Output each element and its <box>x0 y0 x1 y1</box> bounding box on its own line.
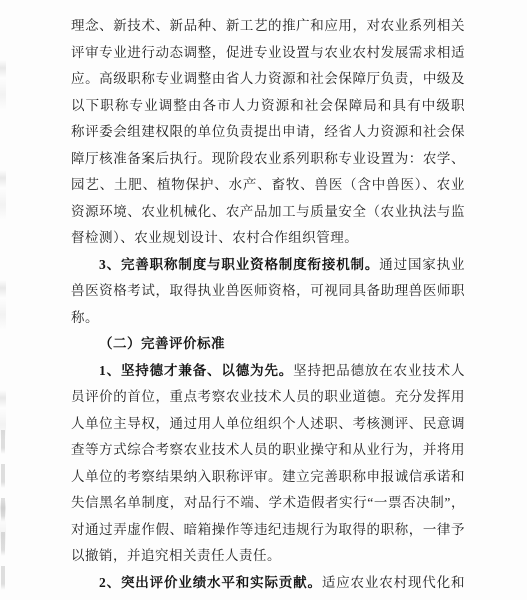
text-line: 查等方式综合考察农业技术人员的职业操守和从业行为，并将用 <box>71 437 465 464</box>
text-run: 称。 <box>71 310 99 325</box>
text-run: 评审专业进行动态调整，促进专业设置与农业农村发展需求相适 <box>71 45 465 60</box>
text-line: 园艺、土肥、植物保护、水产、畜牧、兽医（含中兽医）、农业 <box>71 172 465 199</box>
text-line: 2、突出评价业绩水平和实际贡献。适应农业农村现代化和 <box>71 570 465 597</box>
text-run: 资源环境、农业机械化、农产品加工与质量安全（农业执法与监 <box>71 204 465 219</box>
text-run: 以撤销，并追究相关责任人责任。 <box>71 548 281 563</box>
text-run: 以下职称专业调整由各市人力资源和社会保障局和具有中级职 <box>71 98 465 113</box>
text-line: 员评价的首位，重点考察农业技术人员的职业道德。充分发挥用 <box>71 384 465 411</box>
document-body: 理念、新技术、新品种、新工艺的推广和应用，对农业系列相关评审专业进行动态调整，促… <box>71 13 465 596</box>
text-line: 兽医资格考试，取得执业兽医师资格，可视同具备助理兽医师职 <box>71 278 465 305</box>
text-run: 督检测）、农业规划设计、农村合作组织管理。 <box>71 230 358 245</box>
text-line: 以撤销，并追究相关责任人责任。 <box>71 543 465 570</box>
text-line: 评审专业进行动态调整，促进专业设置与农业农村发展需求相适 <box>71 40 465 67</box>
text-line: 称评委会组建权限的单位负责提出申请，经省人力资源和社会保 <box>71 119 465 146</box>
text-run: 对通过弄虚作假、暗箱操作等违纪违规行为取得的职称，一律予 <box>71 522 465 537</box>
text-run: 失信黑名单制度，对品行不端、学术造假者实行“一票否决制”， <box>71 495 465 510</box>
text-run: 员评价的首位，重点考察农业技术人员的职业道德。充分发挥用 <box>71 389 465 404</box>
text-run: 应。高级职称专业调整由省人力资源和社会保障厅负责，中级及 <box>71 71 465 86</box>
text-line: 1、坚持德才兼备、以德为先。坚持把品德放在农业技术人 <box>71 358 465 385</box>
text-run: 适应农业农村现代化和 <box>322 575 465 590</box>
text-line: 应。高级职称专业调整由省人力资源和社会保障厅负责，中级及 <box>71 66 465 93</box>
text-line: 理念、新技术、新品种、新工艺的推广和应用，对农业系列相关 <box>71 13 465 40</box>
text-line: 资源环境、农业机械化、农产品加工与质量安全（农业执法与监 <box>71 199 465 226</box>
text-line: 以下职称专业调整由各市人力资源和社会保障局和具有中级职 <box>71 93 465 120</box>
text-line: 督检测）、农业规划设计、农村合作组织管理。 <box>71 225 465 252</box>
text-run: 人单位主导权，通过用人单位组织个人述职、考核测评、民意调 <box>71 416 465 431</box>
text-line: 称。 <box>71 305 465 332</box>
bold-text-run: 2、突出评价业绩水平和实际贡献。 <box>99 575 322 590</box>
text-line: 人单位主导权，通过用人单位组织个人述职、考核测评、民意调 <box>71 411 465 438</box>
text-run: 兽医资格考试，取得执业兽医师资格，可视同具备助理兽医师职 <box>71 283 465 298</box>
text-run: 通过国家执业 <box>379 257 465 272</box>
bold-text-run: 3、完善职称制度与职业资格制度衔接机制。 <box>99 257 379 272</box>
text-run: 称评委会组建权限的单位负责提出申请，经省人力资源和社会保 <box>71 124 465 139</box>
text-run: 人单位的考察结果纳入职称评审。建立完善职称申报诚信承诺和 <box>71 469 465 484</box>
text-line: （二）完善评价标准 <box>71 331 465 358</box>
bold-text-run: （二）完善评价标准 <box>99 336 225 351</box>
text-line: 障厅核准备案后执行。现阶段农业系列职称专业设置为：农学、 <box>71 146 465 173</box>
document-page: 理念、新技术、新品种、新工艺的推广和应用，对农业系列相关评审专业进行动态调整，促… <box>0 0 527 600</box>
text-line: 失信黑名单制度，对品行不端、学术造假者实行“一票否决制”， <box>71 490 465 517</box>
text-run: 查等方式综合考察农业技术人员的职业操守和从业行为，并将用 <box>71 442 465 457</box>
bold-text-run: 1、坚持德才兼备、以德为先。 <box>99 363 293 378</box>
text-line: 人单位的考察结果纳入职称评审。建立完善职称申报诚信承诺和 <box>71 464 465 491</box>
text-run: 坚持把品德放在农业技术人 <box>293 363 465 378</box>
text-run: 障厅核准备案后执行。现阶段农业系列职称专业设置为：农学、 <box>71 151 465 166</box>
text-run: 理念、新技术、新品种、新工艺的推广和应用，对农业系列相关 <box>71 18 465 33</box>
text-line: 对通过弄虚作假、暗箱操作等违纪违规行为取得的职称，一律予 <box>71 517 465 544</box>
text-line: 3、完善职称制度与职业资格制度衔接机制。通过国家执业 <box>71 252 465 279</box>
scan-edge-artifact-lower <box>1 430 5 600</box>
text-run: 园艺、土肥、植物保护、水产、畜牧、兽医（含中兽医）、农业 <box>71 177 465 192</box>
